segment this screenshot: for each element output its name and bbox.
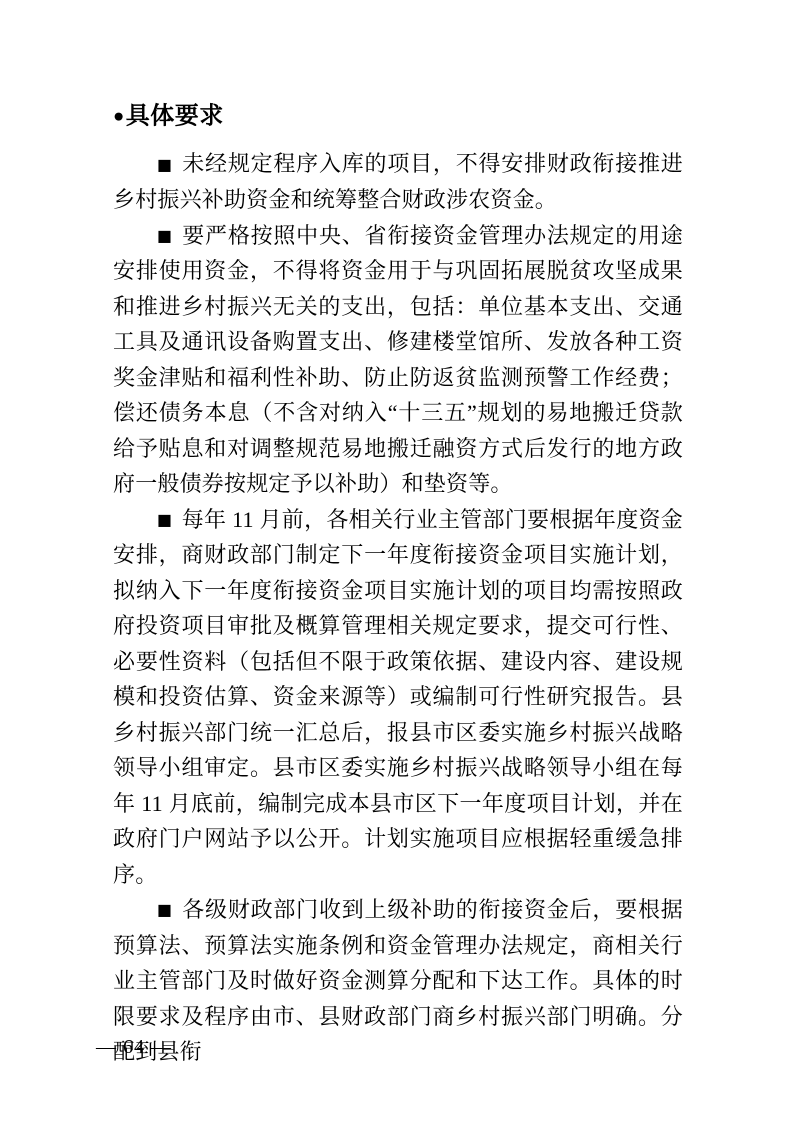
paragraph: ■未经规定程序入库的项目，不得安排财政衔接推进乡村振兴补助资金和统筹整合财政涉农…	[113, 146, 683, 217]
paragraph-text: 各级财政部门收到上级补助的衔接资金后，要根据预算法、预算法实施条例和资金管理办法…	[113, 897, 683, 1064]
paragraph-text: 每年 11 月前，各相关行业主管部门要根据年度资金安排，商财政部门制定下一年度衔…	[113, 507, 683, 887]
paragraph: ■各级财政部门收到上级补助的衔接资金后，要根据预算法、预算法实施条例和资金管理办…	[113, 892, 683, 1070]
document-page: ●具体要求 ■未经规定程序入库的项目，不得安排财政衔接推进乡村振兴补助资金和统筹…	[0, 0, 793, 1122]
document-content: ●具体要求 ■未经规定程序入库的项目，不得安排财政衔接推进乡村振兴补助资金和统筹…	[113, 103, 683, 1070]
section-heading: ●具体要求	[113, 103, 683, 129]
square-bullet-icon: ■	[157, 147, 172, 183]
paragraph: ■要严格按照中央、省衔接资金管理办法规定的用途安排使用资金，不得将资金用于与巩固…	[113, 218, 683, 502]
circle-bullet-icon: ●	[113, 103, 125, 129]
square-bullet-icon: ■	[157, 218, 172, 254]
page-number: — 64 —	[96, 1035, 172, 1059]
square-bullet-icon: ■	[157, 502, 172, 538]
section-heading-text: 具体要求	[126, 102, 224, 129]
paragraph: ■每年 11 月前，各相关行业主管部门要根据年度资金安排，商财政部门制定下一年度…	[113, 502, 683, 893]
square-bullet-icon: ■	[157, 892, 172, 928]
paragraph-text: 未经规定程序入库的项目，不得安排财政衔接推进乡村振兴补助资金和统筹整合财政涉农资…	[113, 151, 683, 212]
paragraph-text: 要严格按照中央、省衔接资金管理办法规定的用途安排使用资金，不得将资金用于与巩固拓…	[113, 223, 683, 497]
